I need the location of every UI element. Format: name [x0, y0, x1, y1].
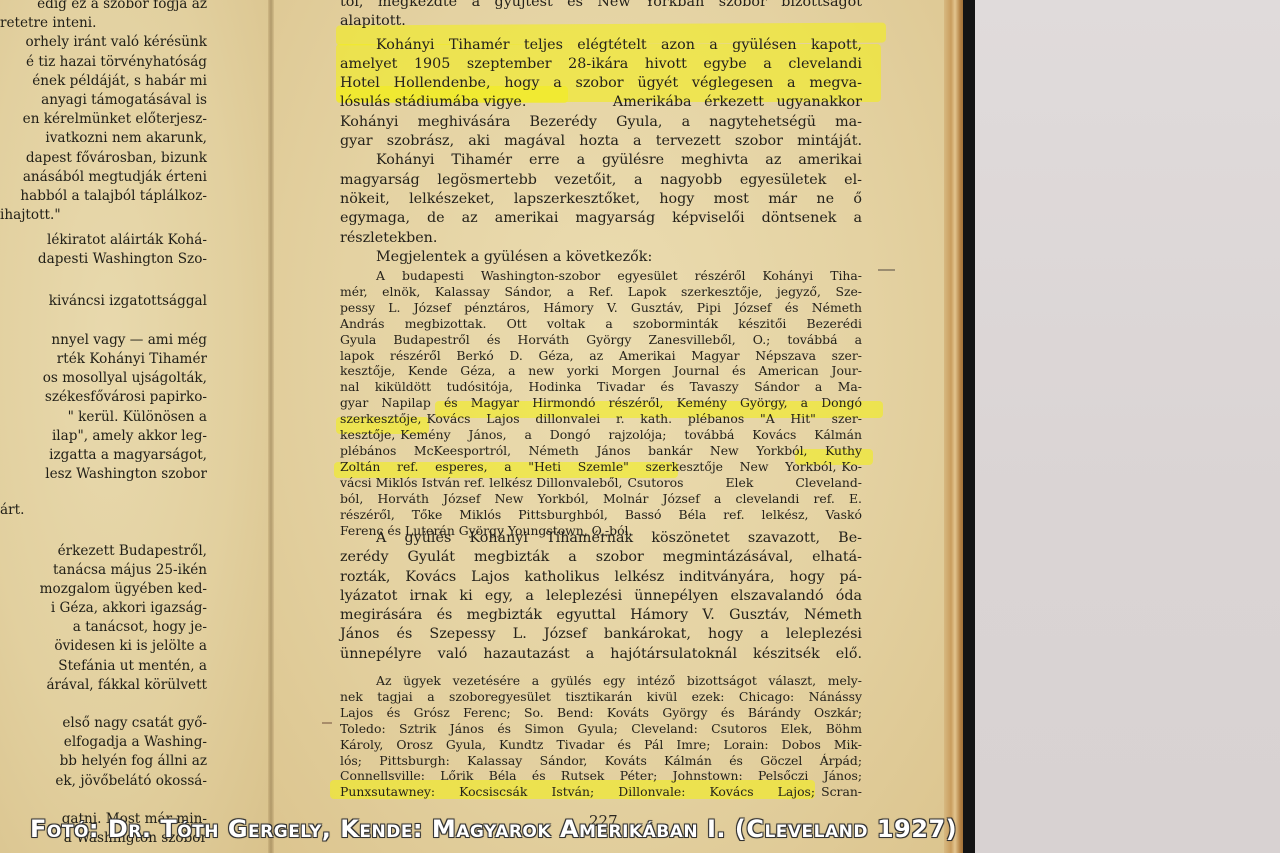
text-line: mozgalom ügyében ked- — [0, 580, 207, 599]
text-fragment: Zoltán ref. esperes, a "Heti Szemle" sze… — [340, 459, 836, 475]
text-line: Megjelentek a gyülésen a következők: — [340, 248, 862, 267]
text-line: en kérelmünket előterjesz- — [0, 110, 207, 129]
resolution-paragraph: A gyülés Kohányi Tihamérnak köszönetet s… — [340, 529, 862, 664]
text-line: ek, jövőbelátó okossá- — [0, 772, 207, 791]
text-line: székesfővárosi papirko- — [0, 388, 207, 407]
paragraph-gap — [0, 311, 207, 331]
text-line: gyar szobrász, aki magával hozta a terve… — [340, 132, 862, 151]
book-gutter — [268, 0, 274, 853]
text-line: lékiratot aláirták Kohá- — [0, 231, 207, 250]
text-line: lósulás stádiumába vigye. Amerikába érke… — [340, 93, 862, 112]
text-line: A gyülés Kohányi Tihamérnak köszönetet s… — [340, 529, 862, 548]
text-line: rték Kohányi Tihamér — [0, 350, 207, 369]
text-line: lós; Pittsburgh: Kalassay Sándor, Kováts… — [340, 753, 862, 769]
text-line: orhely iránt való kérésünk — [0, 33, 207, 52]
text-line: ünnepélyre való hazautazást a hajótársul… — [340, 645, 862, 664]
text-line: Gyula Budapestről és Horváth György Zane… — [340, 332, 862, 348]
text-line: ból, Horváth József New Yorkból, Molnár … — [340, 491, 862, 507]
text-line: ihajtott." — [0, 206, 207, 225]
text-line: A budapesti Washington-szobor egyesület … — [340, 268, 862, 284]
text-fragment-highlighted: lósulás stádiumába vigye. — [340, 93, 526, 112]
text-line: rozták, Kovács Lajos katholikus lelkész … — [340, 568, 862, 587]
text-fragment-highlighted: vácsi Miklós István ref. lelkész Dillonv… — [340, 475, 622, 491]
text-line: pessy L. József pénztáros, Hámory V. Gus… — [340, 300, 862, 316]
text-line: Zoltán ref. esperes, a "Heti Szemle" sze… — [340, 459, 862, 475]
text-line: részéről, Tőke Miklós Pittsburghból, Bas… — [340, 507, 862, 523]
text-line: Toledo: Sztrik János és Simon Gyula; Cle… — [340, 721, 862, 737]
text-line: Stefánia ut mentén, a — [0, 657, 207, 676]
margin-pencil-mark — [322, 722, 332, 724]
text-line: edig ez a szobor fogja az — [0, 0, 207, 14]
text-line: lyázatot irnak ki egy, a leleplezési ünn… — [340, 587, 862, 606]
text-line: izgatta a magyarságot, — [0, 446, 207, 465]
text-fragment: Scran- — [821, 784, 862, 800]
text-fragment: Csutoros Elek Cleveland- — [627, 475, 862, 491]
text-line: dapesti Washington Szo- — [0, 250, 207, 269]
text-line: zerédy Gyulát megbizták a szobor megmint… — [340, 548, 862, 567]
text-line: ének példáját, s habár mi — [0, 72, 207, 91]
paragraph-gap — [0, 695, 207, 714]
text-line: mér, elnök, Kalassay Sándor, a Ref. Lapo… — [340, 284, 862, 300]
text-line: érkezett Budapestről, — [0, 542, 207, 561]
text-line: kiváncsi izgatottsággal — [0, 292, 207, 311]
text-line: lapok részéről Berkó D. Géza, az Amerika… — [340, 348, 862, 364]
text-line: " kerül. Különösen a — [0, 408, 207, 427]
text-line: kesztője, Kemény János, a Dongó rajzolój… — [340, 427, 862, 443]
paragraph-gap — [0, 484, 207, 501]
text-line: nal kiküldött tudósitója, Hodinka Tivada… — [340, 379, 862, 395]
paragraph-gap — [0, 791, 207, 810]
text-line: vácsi Miklós István ref. lelkész Dillonv… — [340, 475, 862, 491]
text-line: Punxsutawney: Kocsiscsák István; Dillonv… — [340, 784, 862, 800]
text-line: lesz Washington szobor — [0, 465, 207, 484]
text-fragment: Kemény János, a Dongó rajzolója; továbbá… — [400, 427, 862, 443]
text-line: megirására és megbizták egyuttal Hámory … — [340, 606, 862, 625]
text-line: magyarság legösmertebb vezetőit, a nagyo… — [340, 171, 862, 190]
background-surface — [975, 0, 1280, 853]
text-line: árt. — [0, 501, 207, 520]
text-line: gyar Napilap és Magyar Hirmondó részéről… — [340, 395, 862, 411]
committee-paragraph: Az ügyek vezetésére a gyülés egy intéző … — [340, 673, 862, 800]
text-fragment: Amerikába érkezett ugyanakkor — [613, 93, 862, 112]
text-line: Az ügyek vezetésére a gyülés egy intéző … — [340, 673, 862, 689]
text-line: plébános McKeesportról, Németh János ban… — [340, 443, 862, 459]
text-line: nökeit, lelkészeket, lapszerkesztőket, h… — [340, 190, 862, 209]
text-line: nnyel vagy — ami még — [0, 331, 207, 350]
text-line: retetre inteni. — [0, 14, 207, 33]
text-fragment-highlighted: Punxsutawney: Kocsiscsák István; Dillonv… — [340, 784, 815, 800]
text-line: Kohányi Tihamér erre a gyülésre meghivta… — [340, 151, 862, 170]
text-line: os mosollyal ujságolták, — [0, 369, 207, 388]
text-line: Kohányi meghivására Bezerédy Gyula, a na… — [340, 113, 862, 132]
text-line: tól, megkezdte a gyüjtést és New Yorkban… — [340, 0, 862, 12]
text-line: Károly, Orosz Gyula, Kundtz Tivadar és P… — [340, 737, 862, 753]
text-fragment-highlighted: kesztője, — [340, 427, 395, 443]
text-line: a tanácsot, hogy je- — [0, 618, 207, 637]
text-line: tanácsa május 25-ikén — [0, 561, 207, 580]
text-line: i Géza, akkori igazság- — [0, 599, 207, 618]
text-fragment-highlighted: Kovács Lajos dillonvalei r. kath. pléban… — [426, 411, 862, 427]
text-line: János és Szepessy L. József bankárokat, … — [340, 625, 862, 644]
text-line: egymaga, de az amerikai magyarság képvis… — [340, 209, 862, 228]
text-line: elfogadja a Washing- — [0, 733, 207, 752]
text-line: alapitott. — [340, 12, 862, 31]
text-line: övidesen ki is jelölte a — [0, 637, 207, 656]
text-line: szerkesztője, Kovács Lajos dillonvalei r… — [340, 411, 862, 427]
text-line: András megbizottak. Ott voltak a szoborm… — [340, 316, 862, 332]
paragraph-gap — [0, 270, 207, 292]
text-line: Connellsville: Lőrik Béla és Rutsek Péte… — [340, 768, 862, 784]
book-page-edges — [944, 0, 964, 853]
text-line: kesztője, Kende Géza, a new yorki Morgen… — [340, 363, 862, 379]
text-line: dapest fővárosban, bizunk — [0, 149, 207, 168]
text-line-highlighted: Hotel Hollendenbe, hogy a szobor ügyét v… — [340, 74, 862, 93]
text-line: nek tagjai a szoboregyesület tisztikarán… — [340, 689, 862, 705]
right-page-text: tól, megkezdte a gyüjtést és New Yorkban… — [340, 0, 862, 267]
text-line: é tiz hazai törvényhatóság — [0, 53, 207, 72]
text-line: habból a talajból táplálkoz- — [0, 187, 207, 206]
text-line: ivatkozni nem akarunk, — [0, 129, 207, 148]
text-line-highlighted: Kohányi Tihamér teljes elégtételt azon a… — [340, 36, 862, 55]
text-line: ilap", amely akkor leg- — [0, 427, 207, 446]
text-line: anásából megtudják érteni — [0, 168, 207, 187]
text-line: anyagi támogatásával is — [0, 91, 207, 110]
text-line-highlighted: amelyet 1905 szeptember 28-ikára hivott … — [340, 55, 862, 74]
margin-pencil-mark — [878, 269, 895, 271]
text-line: részletekben. — [340, 229, 862, 248]
photo-credit-caption: Fotó: Dr. Tóth Gergely, Kende: Magyarok … — [30, 815, 1260, 843]
text-line: bb helyén fog állni az — [0, 752, 207, 771]
attendees-paragraph: A budapesti Washington-szobor egyesület … — [340, 268, 862, 538]
text-line: első nagy csatát győ- — [0, 714, 207, 733]
text-line: Lajos és Grósz Ferenc; So. Bend: Kováts … — [340, 705, 862, 721]
text-line: árával, fákkal körülvett — [0, 676, 207, 695]
text-fragment: szerkesztője, — [340, 411, 421, 427]
left-page-text: edig ez a szobor fogja az retetre inteni… — [0, 0, 207, 848]
text-fragment-highlighted: Ko- — [841, 459, 862, 475]
paragraph-gap — [0, 521, 207, 542]
